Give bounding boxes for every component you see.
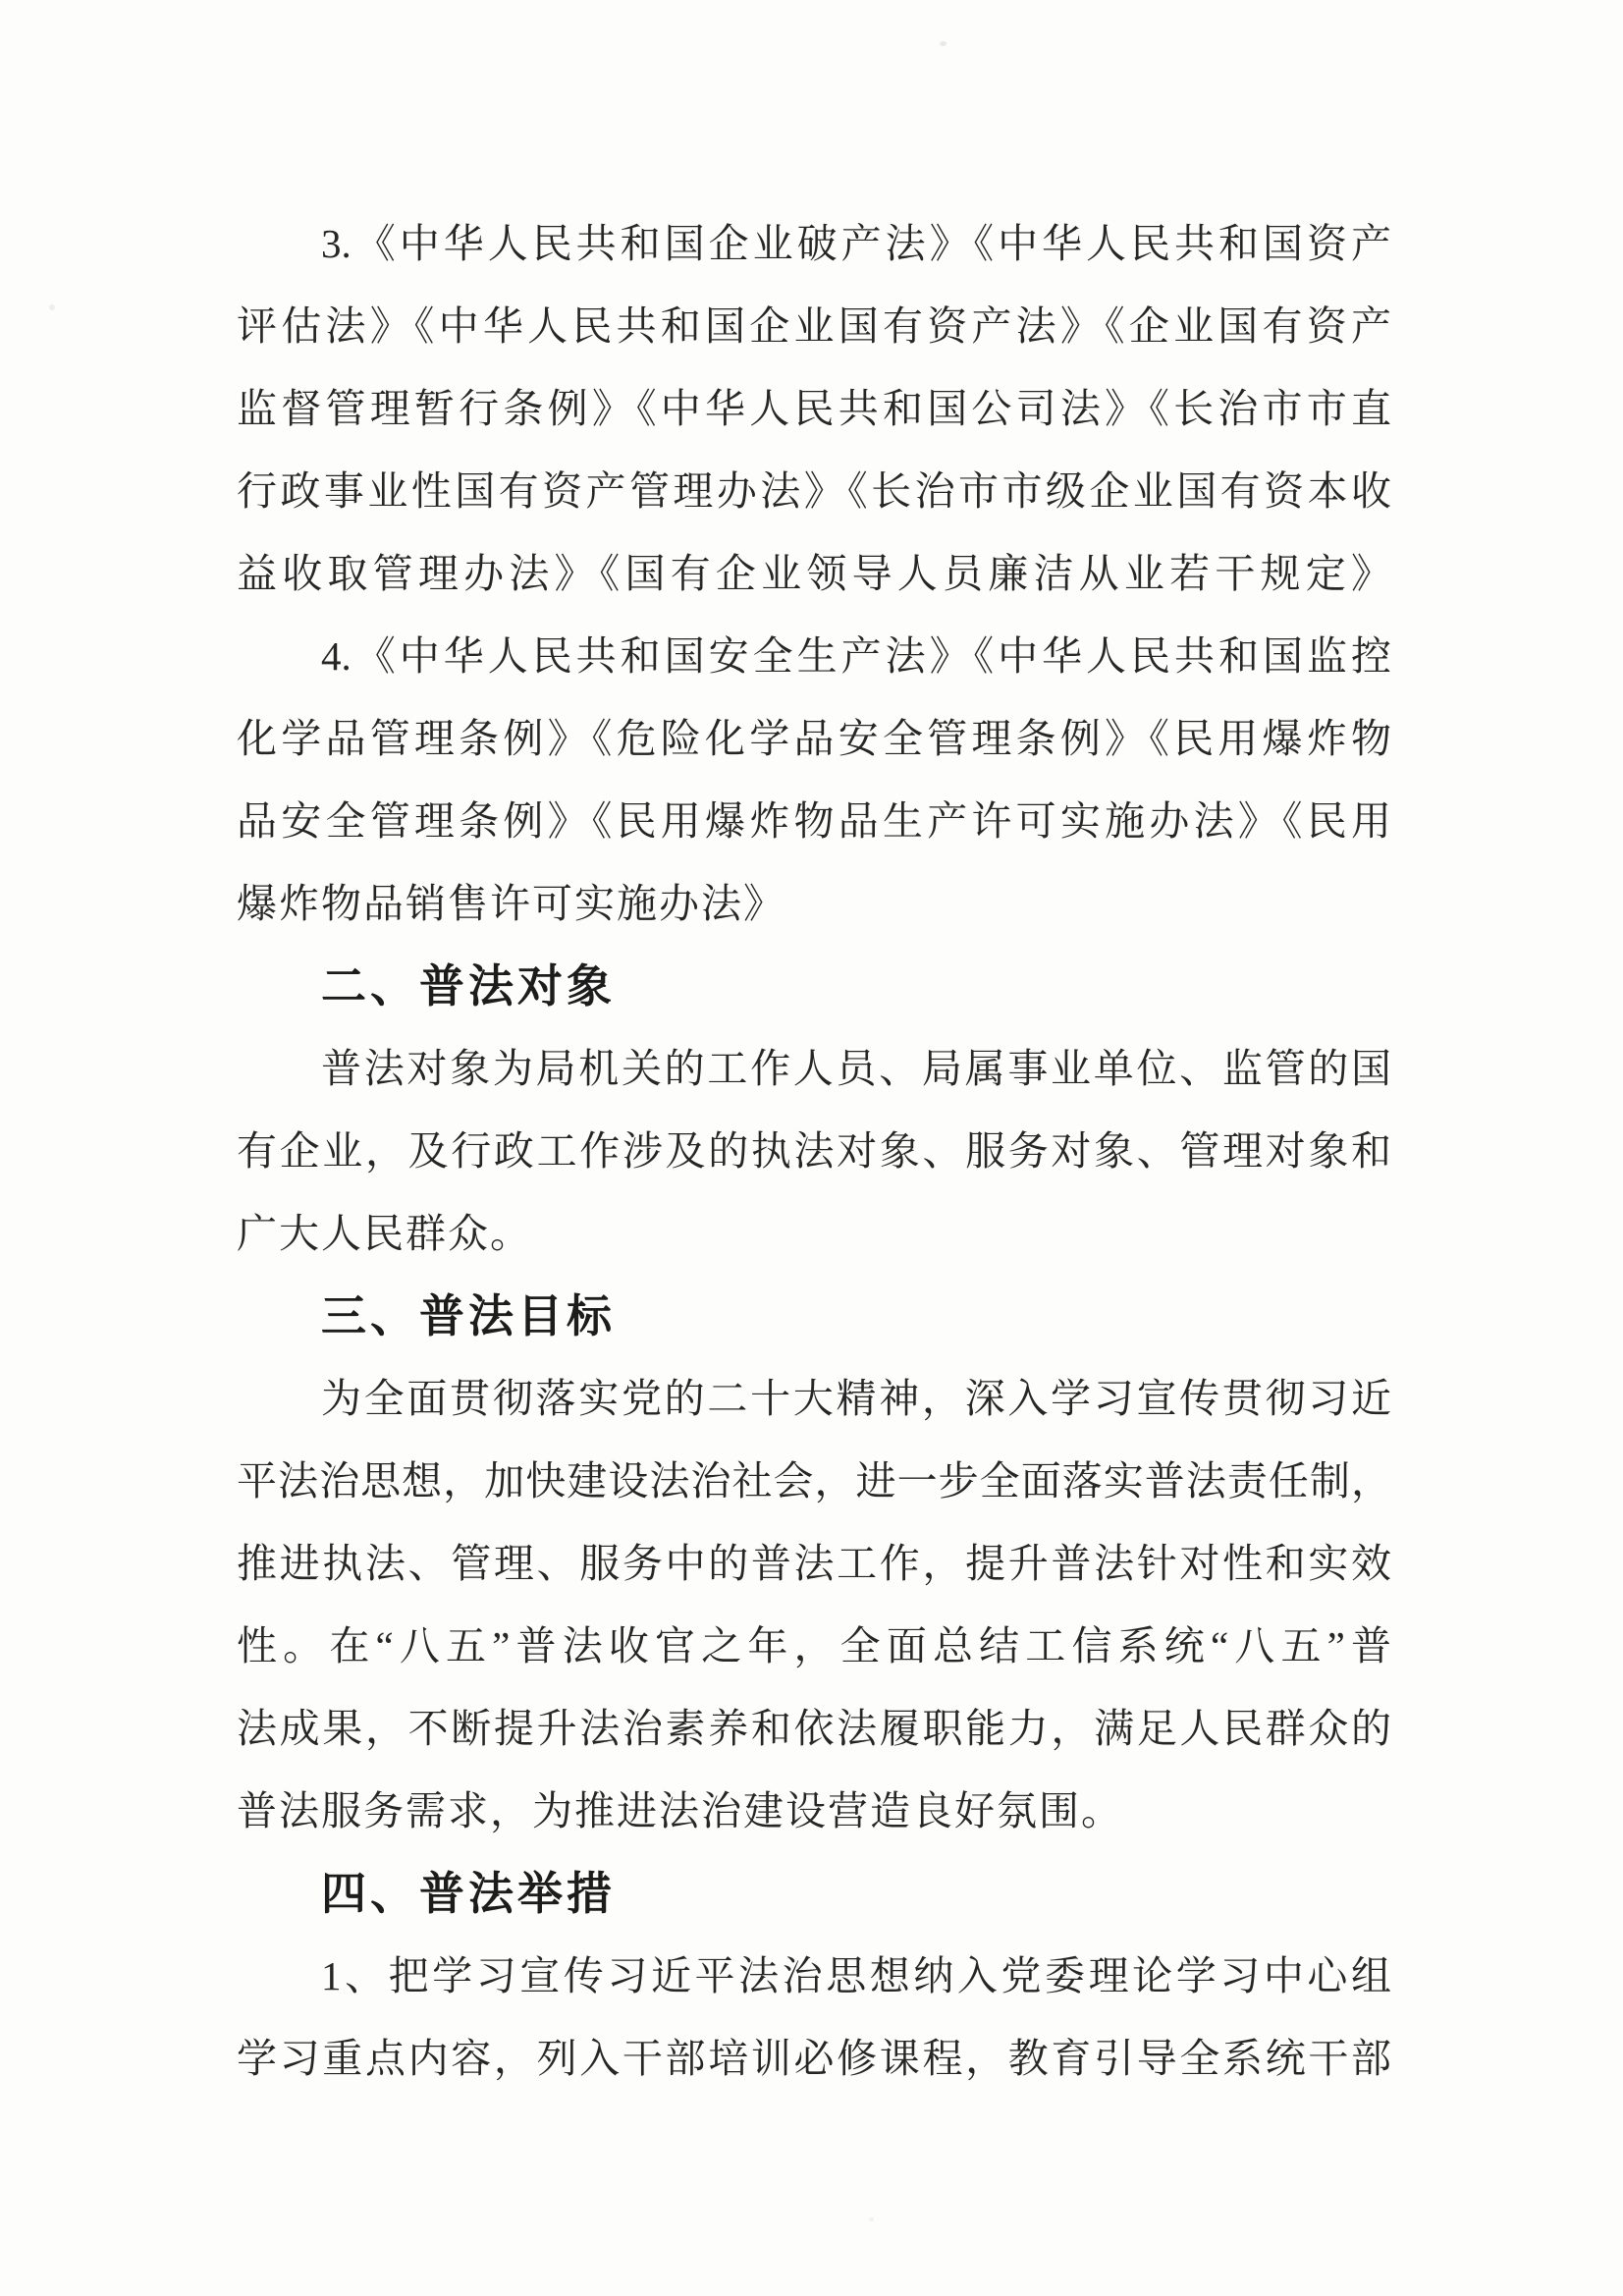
document-line: 爆炸物品销售许可实施办法》	[237, 862, 1391, 945]
document-line: 3.《中华人民共和国企业破产法》《中华人民共和国资产	[237, 202, 1391, 285]
document-line: 品安全管理条例》《民用爆炸物品生产许可实施办法》《民用	[237, 780, 1391, 862]
document-line: 广大人民群众。	[237, 1192, 1391, 1275]
document-line: 平法治思想，加快建设法治社会，进一步全面落实普法责任制，	[237, 1440, 1391, 1522]
document-line: 评估法》《中华人民共和国企业国有资产法》《企业国有资产	[237, 285, 1391, 367]
scanned-document-page: 3.《中华人民共和国企业破产法》《中华人民共和国资产 评估法》《中华人民共和国企…	[0, 0, 1623, 2296]
document-line: 普法对象为局机关的工作人员、局属事业单位、监管的国	[237, 1027, 1391, 1110]
document-line: 监督管理暂行条例》《中华人民共和国公司法》《长治市市直	[237, 367, 1391, 450]
section-heading-pufa-jucuo: 四、普法举措	[237, 1852, 1391, 1935]
document-line: 性。在“八五”普法收官之年，全面总结工信系统“八五”普	[237, 1605, 1391, 1687]
section-heading-pufa-mubiao: 三、普法目标	[237, 1275, 1391, 1357]
document-line: 为全面贯彻落实党的二十大精神，深入学习宣传贯彻习近	[237, 1357, 1391, 1440]
document-line: 4.《中华人民共和国安全生产法》《中华人民共和国监控	[237, 615, 1391, 697]
scan-speck	[49, 304, 55, 310]
scan-speck	[869, 2217, 874, 2221]
document-line: 法成果，不断提升法治素养和依法履职能力，满足人民群众的	[237, 1687, 1391, 1770]
document-line: 普法服务需求，为推进法治建设营造良好氛围。	[237, 1770, 1391, 1852]
section-heading-pufa-duixiang: 二、普法对象	[237, 945, 1391, 1027]
document-line: 学习重点内容，列入干部培训必修课程，教育引导全系统干部	[237, 2017, 1391, 2100]
document-line: 有企业，及行政工作涉及的执法对象、服务对象、管理对象和	[237, 1110, 1391, 1192]
document-line: 行政事业性国有资产管理办法》《长治市市级企业国有资本收	[237, 450, 1391, 532]
scan-speck	[940, 41, 947, 46]
document-line: 化学品管理条例》《危险化学品安全管理条例》《民用爆炸物	[237, 697, 1391, 780]
document-line: 1、把学习宣传习近平法治思想纳入党委理论学习中心组	[237, 1935, 1391, 2017]
document-line: 推进执法、管理、服务中的普法工作，提升普法针对性和实效	[237, 1522, 1391, 1605]
document-text-block: 3.《中华人民共和国企业破产法》《中华人民共和国资产 评估法》《中华人民共和国企…	[237, 202, 1391, 2100]
document-line: 益收取管理办法》《国有企业领导人员廉洁从业若干规定》	[237, 532, 1391, 615]
